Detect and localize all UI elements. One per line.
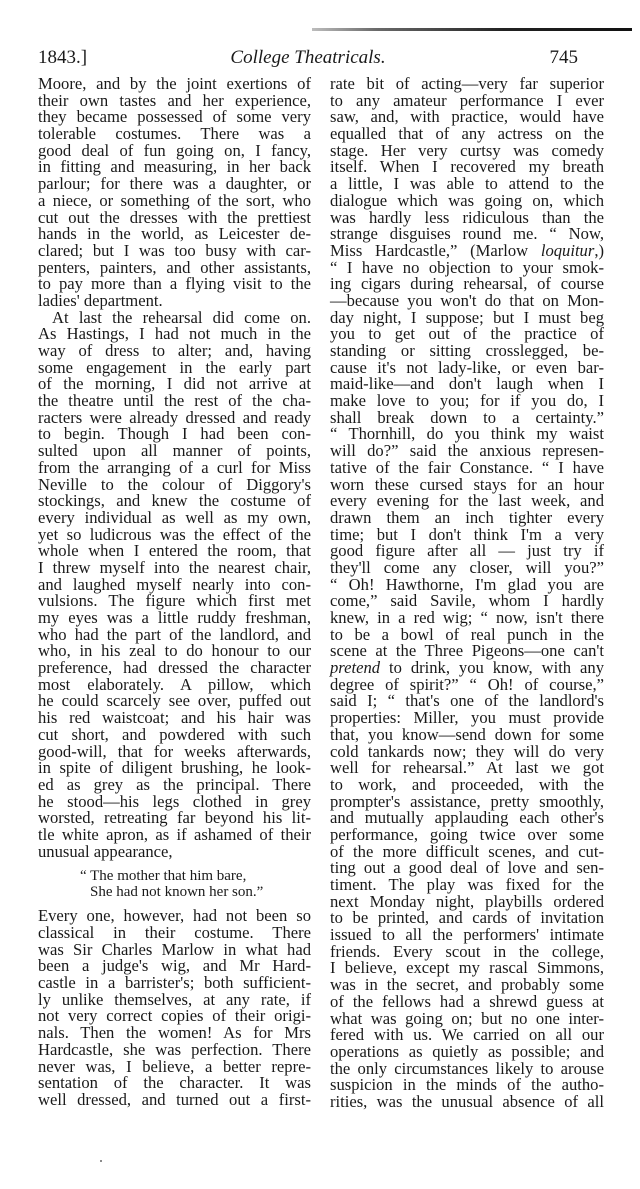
text-line: unusual appearance, xyxy=(38,844,311,861)
text-line: from the arranging of a curl for Miss xyxy=(38,460,311,477)
paragraph-3: Every one, however, had not been soclass… xyxy=(38,908,311,1108)
paragraph-1: Moore, and by the joint exertions ofthei… xyxy=(38,76,311,310)
text-line: of the fellows had a shrewd guess at xyxy=(330,994,604,1011)
left-column: Moore, and by the joint exertions ofthei… xyxy=(38,76,311,1109)
right-column: rate bit of acting—very far superiorto a… xyxy=(330,76,604,1111)
running-head: 1843.] College Theatricals. 745 xyxy=(38,46,578,70)
text-line: a niece, or something of the sort, who xyxy=(38,193,311,210)
text-line: Hardcastle, she was perfection. There xyxy=(38,1042,311,1059)
scan-speck xyxy=(100,1160,102,1162)
header-title: College Theatricals. xyxy=(228,46,388,70)
header-date: 1843.] xyxy=(38,46,87,70)
paragraph-2: At last the rehearsal did come on.As Has… xyxy=(38,310,311,861)
page-number: 745 xyxy=(550,46,579,70)
verse-quote: “ The mother that him bare,She had not k… xyxy=(38,868,311,900)
text-line: dialogue which was going on, which xyxy=(330,193,604,210)
top-rule xyxy=(312,28,632,31)
text-line: cut short, and powdered with such xyxy=(38,727,311,744)
text-line: tative of the fair Constance. “ I have xyxy=(330,460,604,477)
verse-line: She had not known her son.” xyxy=(38,884,311,900)
verse-line: “ The mother that him bare, xyxy=(38,868,311,884)
text-line: that, you know—send down for some xyxy=(330,727,604,744)
text-line: well dressed, and turned out a first- xyxy=(38,1092,311,1109)
text-line: rities, was the unusual absence of all xyxy=(330,1094,604,1111)
